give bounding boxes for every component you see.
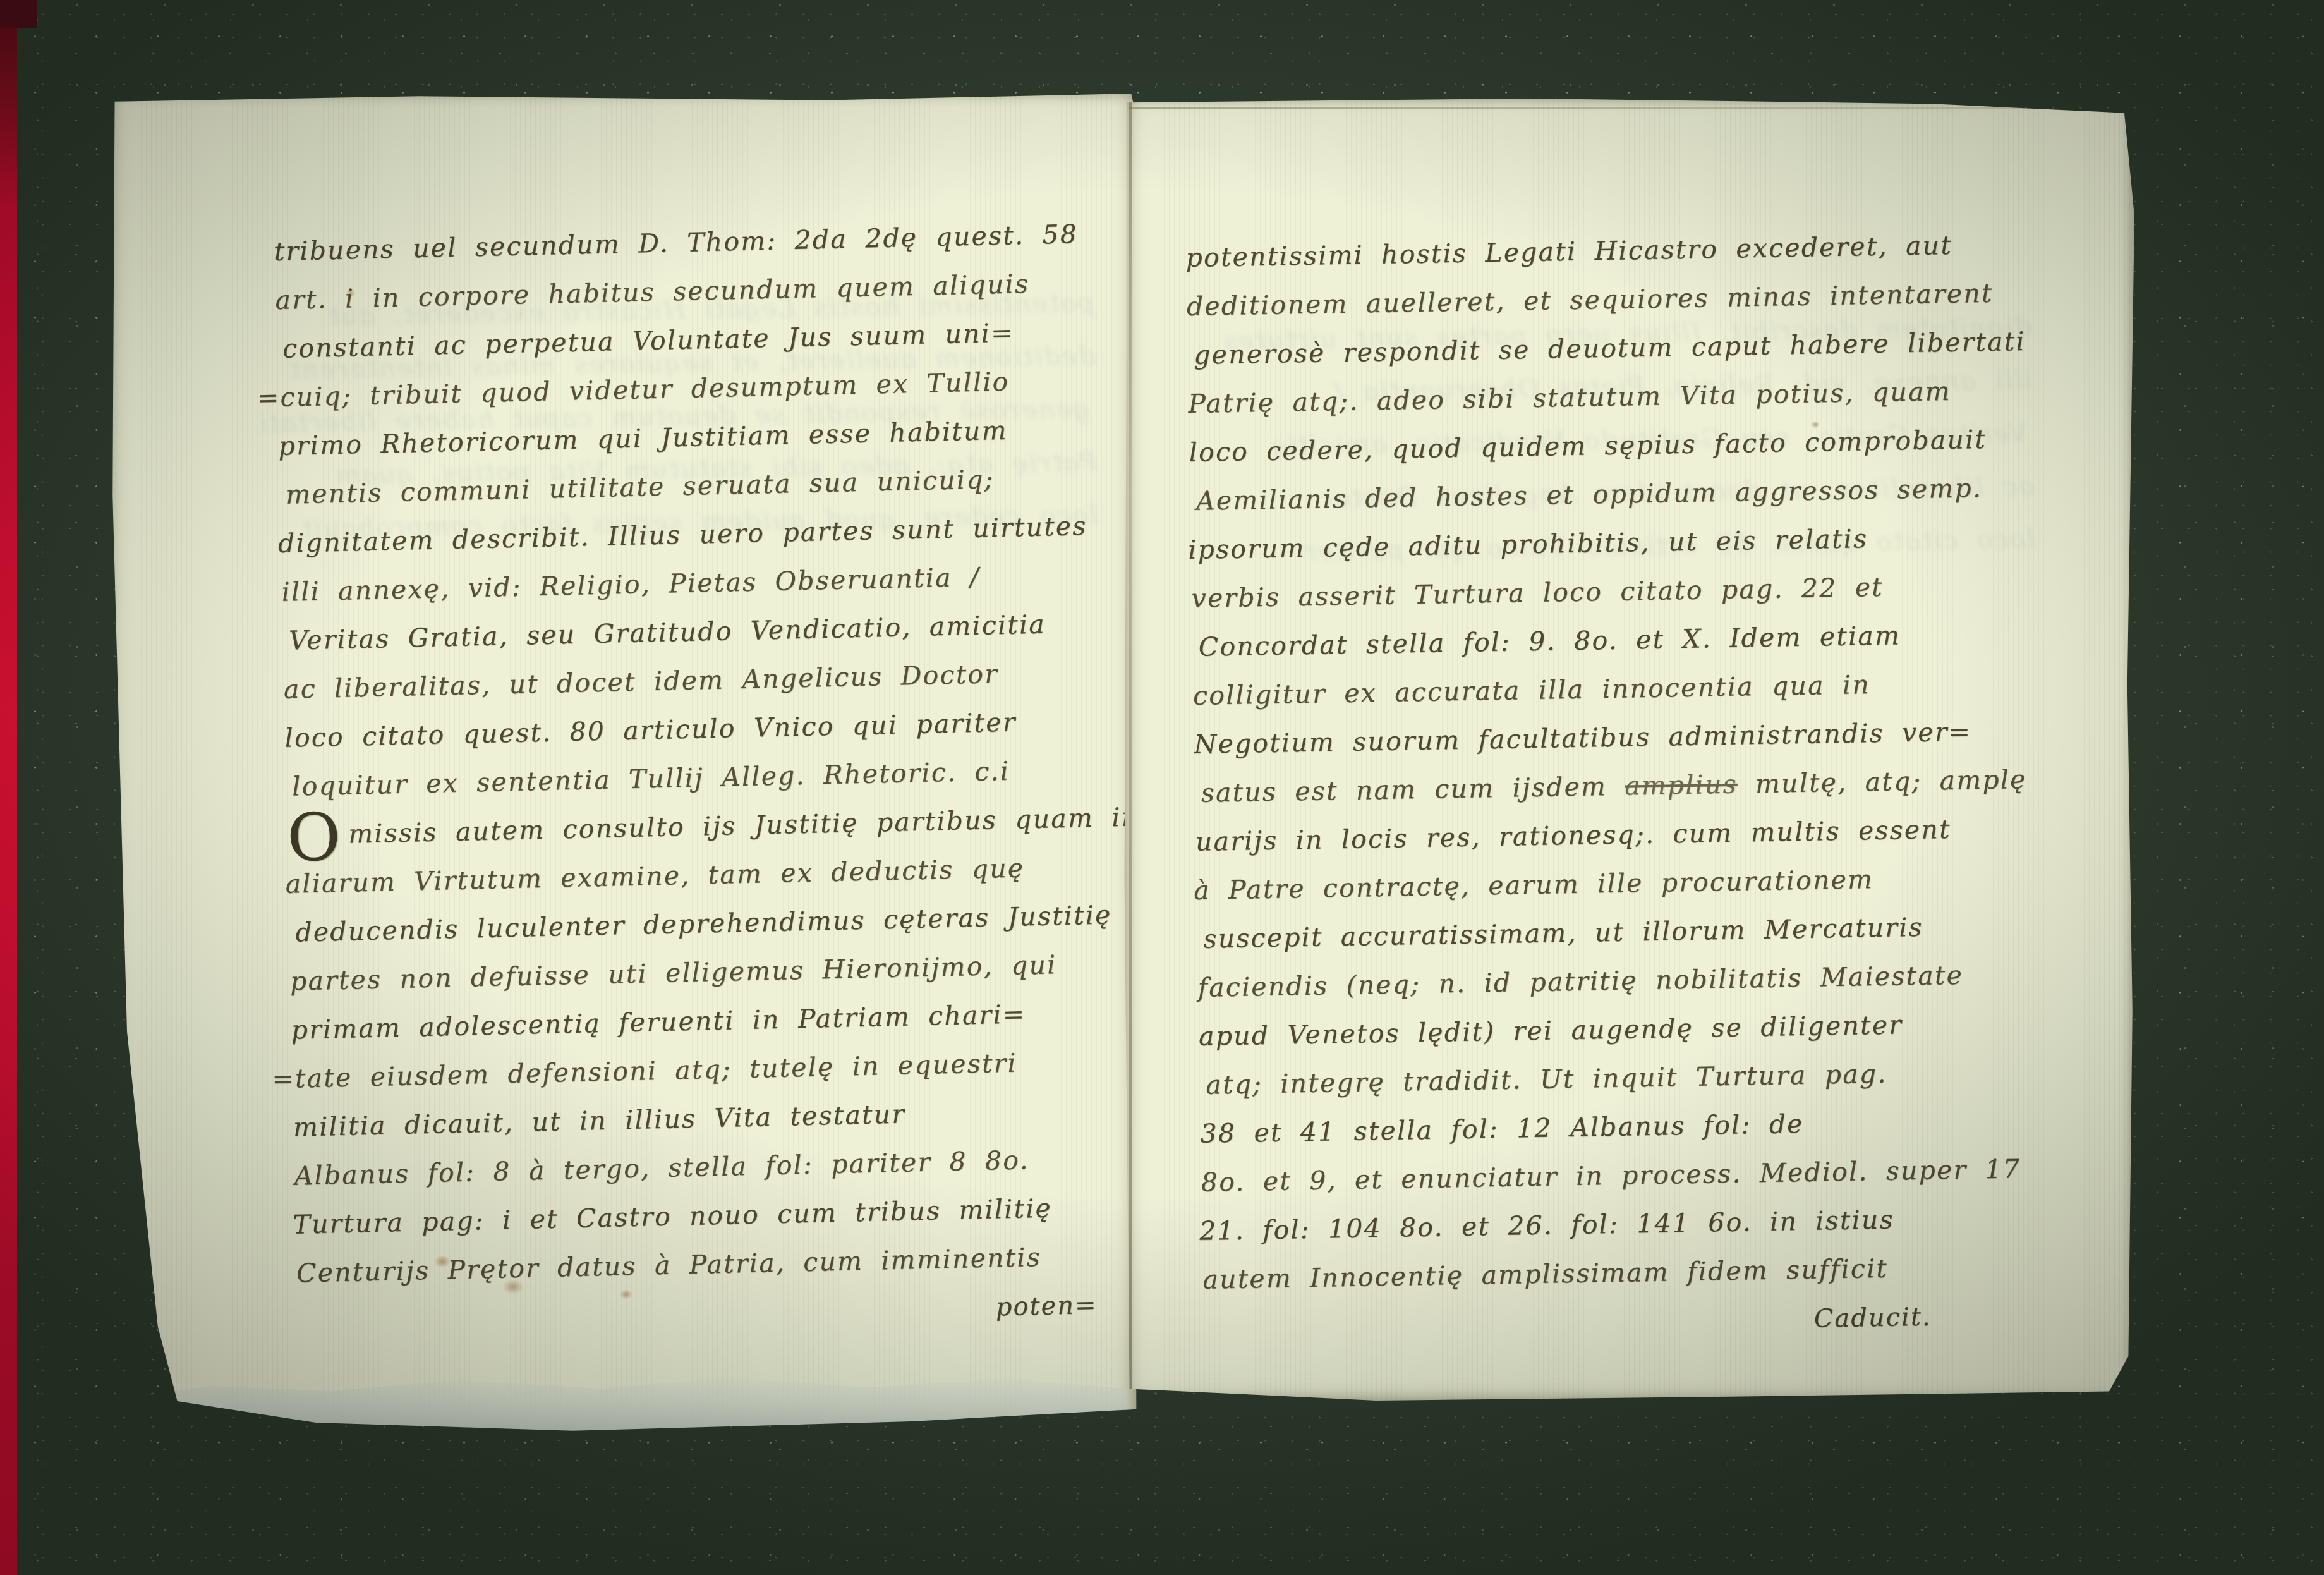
manuscript-line-text: satus est nam cum ijsdem bbox=[1201, 771, 1625, 808]
red-spine-corner bbox=[0, 0, 37, 28]
red-spine-strip bbox=[0, 0, 17, 1575]
right-page-text: potentissimi hostis Legati Hicastro exce… bbox=[1185, 220, 2050, 1344]
manuscript-photo: potentissimi hostis Legati Hicastro exce… bbox=[0, 0, 2324, 1575]
left-page: potentissimi hostis Legati Hicastro exce… bbox=[111, 94, 1137, 1433]
left-page-text: tribuens uel secundum D. Thom: 2da 2dę q… bbox=[274, 209, 1138, 1337]
catchword: poten= bbox=[995, 1291, 1098, 1322]
manuscript-line-text: multę, atq; amplę bbox=[1737, 764, 2027, 800]
manuscript-line-text: missis autem consulto ijs Justitię parti… bbox=[348, 801, 1140, 849]
catchword: Caducit. bbox=[1813, 1303, 1932, 1334]
struck-word: amplius bbox=[1625, 769, 1738, 801]
right-page: dignitatem describit. Illius uero partes… bbox=[1123, 99, 2134, 1402]
